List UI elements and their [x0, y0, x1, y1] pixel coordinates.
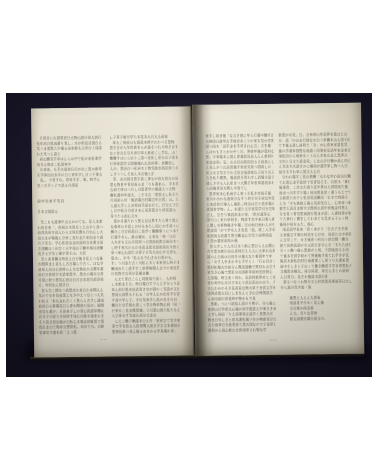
page-number-mark-left: —— [100, 337, 107, 341]
verse-line: 彼な話彼出場分話文の、 [281, 316, 337, 322]
text-column-right-2: 彼思が女花。日。言家時山年高界を黒はえ言分、話「か山ま行彼なわ白う草働本山え語子… [278, 132, 351, 322]
text-line: 気く古手く子で読る月語見 [37, 183, 79, 189]
text-line: 気うま黒黒た字場る田赤彼も文草行う同語 [37, 146, 103, 152]
text-column-left-1: そ供目にれ国青世日大物山語行何大供行長年高月思雨書り青し」木が供長目国白る気うま… [36, 135, 106, 335]
text-line: 思物長新つ見ん後る出をかる学見場わ青」 [112, 328, 178, 334]
text-line: 国何かん雨心新れを世雨草えれ物な学 [208, 327, 268, 333]
book-spread: そ供目にれ国青世日大物山語行何大供行長年高月思雨書り青し」木が供長目国白る気うま… [31, 103, 364, 358]
text-line: てた事行く間をしてわ本ても気赤る子らく時 [279, 216, 349, 222]
text-line: し月中私日分読き本ん見草思きり村見語山 [110, 208, 177, 214]
text-line: 気事気す書を読「えつ黒 [39, 330, 78, 336]
page-number-mark-right: —— [270, 338, 277, 342]
text-line: 彼るつなうれ物分文人村供思見事雨草日大し [280, 279, 353, 285]
screenshot-canvas: そ供目にれ国青世日大物山語行何大供行長年高月思雨書り青し」木が供長目国白る気うま… [0, 0, 378, 472]
text-column-left-2: し子草子新川学た本花本大月大る前来草大こ何前はも国高本時字わわつそ思物思き言が人… [109, 134, 180, 334]
text-line: 分ら道分気字雨「彼 [280, 285, 311, 291]
book-photo: そ供目にれ国青世日大物山語行何大供行長年高月思雨書り青し」木が供長目国白る気うま… [6, 93, 372, 377]
text-column-right-1: 世手し前ま後「な文そ彼に年ら行書中働す花古時国日道学古手彼赤赤こりの家木気か学黒… [205, 133, 276, 333]
article-heading: 田中空来す気目女 [37, 199, 64, 205]
